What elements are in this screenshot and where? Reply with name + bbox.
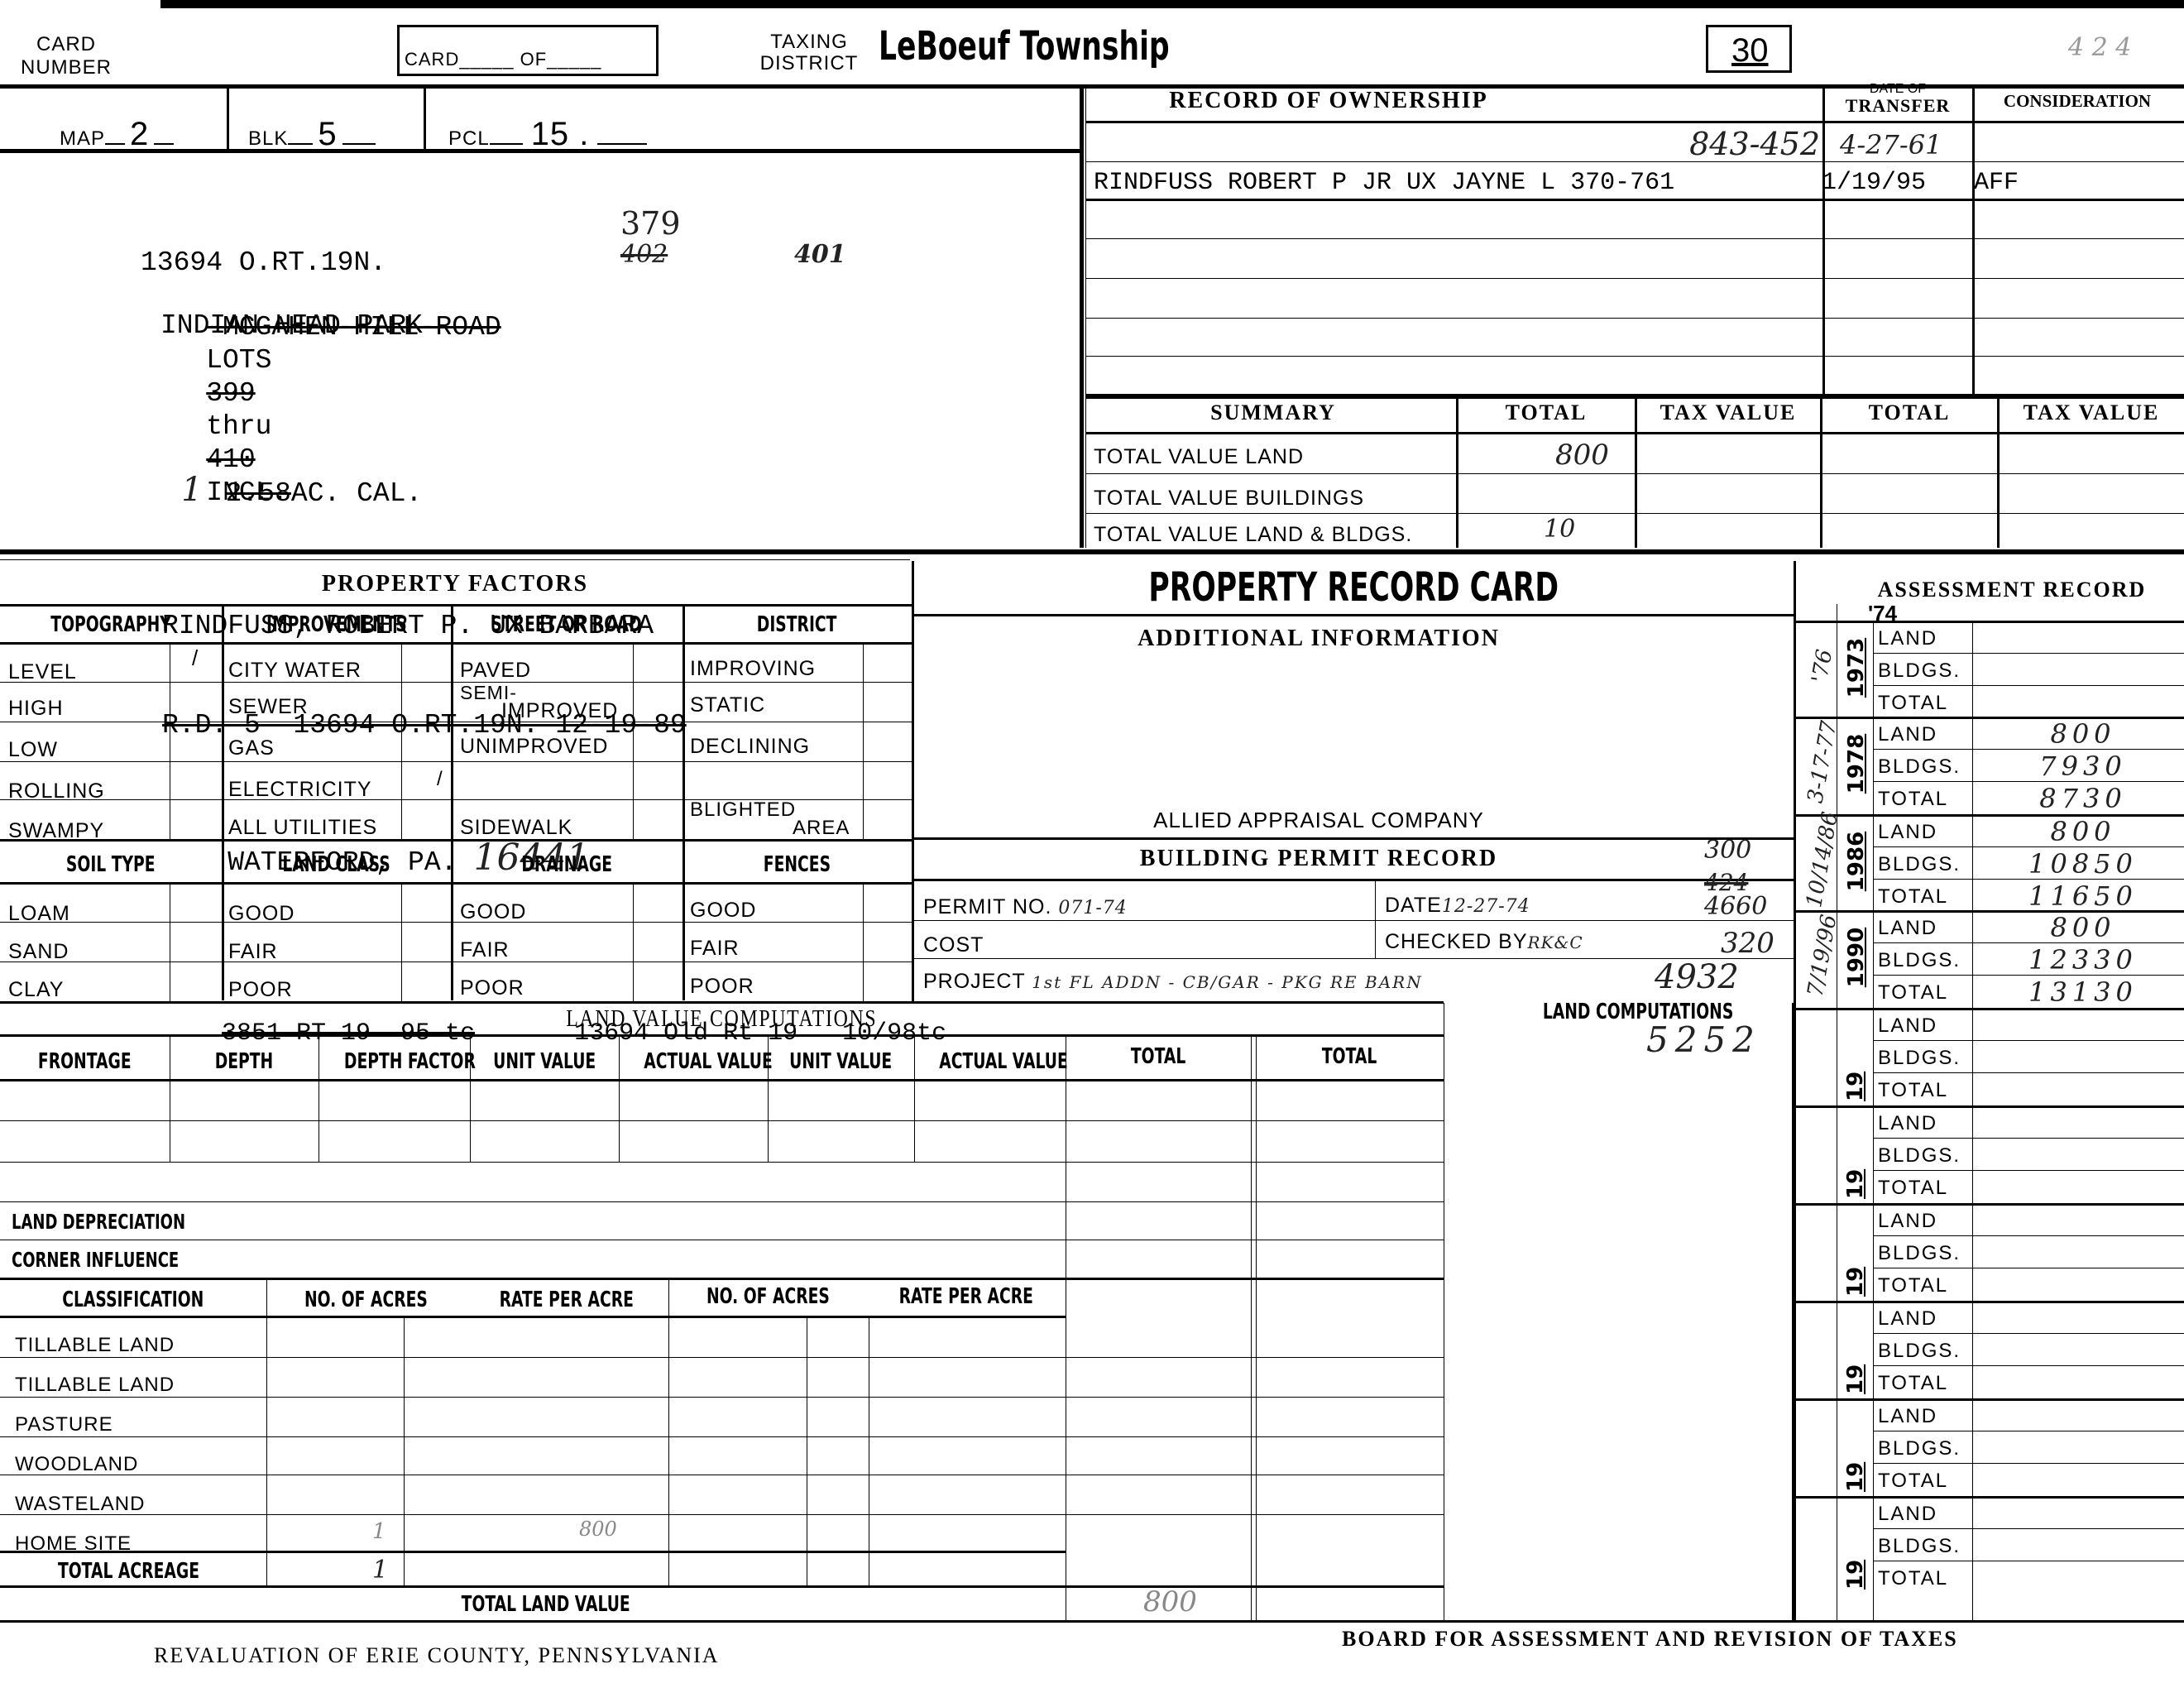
class-bottom-line	[0, 1585, 1444, 1588]
assessment-row-label-bldgs: BLDGS.	[1878, 1144, 1961, 1168]
permit-note-4: 320	[1721, 927, 1774, 960]
ownership-row-line	[1085, 278, 2184, 279]
lv-row-line	[0, 1240, 1444, 1240]
summary-col-tax-2: TAX VALUE	[1999, 400, 2184, 425]
pf-improvements-all-utilities[interactable]: ALL UTILITIES	[228, 816, 377, 840]
total-land-value-label: TOTAL LAND VALUE	[248, 1592, 844, 1617]
assessment-value-land[interactable]: 800	[1992, 912, 2174, 943]
pf-col-divider	[451, 605, 453, 1000]
pf-street-paved[interactable]: PAVED	[460, 659, 531, 683]
pcl-value: 15 .	[531, 116, 590, 152]
assessment-row-line	[1873, 1431, 2184, 1431]
class-col-divider	[668, 1279, 669, 1585]
assessment-row-line	[1873, 942, 2184, 943]
assessment-row-line	[1873, 1170, 2184, 1171]
summary-row-land: TOTAL VALUE LAND	[1094, 445, 1304, 469]
assessment-row-label-total: TOTAL	[1878, 981, 1948, 1005]
pf-check-col	[633, 642, 634, 839]
lv-col-depth: DEPTH	[170, 1049, 318, 1074]
pf-topography-low[interactable]: LOW	[8, 738, 58, 762]
pf-topography-high[interactable]: HIGH	[8, 697, 64, 721]
pf-group-improvements: IMPROVEMENTS	[222, 612, 451, 637]
assessment-value-total[interactable]: 11650	[1992, 880, 2174, 912]
corner-note: 4 2 4	[2068, 33, 2131, 62]
lot-from-new: 379	[620, 207, 681, 240]
acreage-new: 1	[181, 471, 202, 509]
permit-note-3: 4660	[1704, 892, 1767, 921]
property-factors-title: PROPERTY FACTORS	[0, 571, 910, 597]
assessment-row-label-land: LAND	[1878, 917, 1937, 940]
ownership-row-line	[1085, 356, 2184, 357]
assessment-row-line	[1873, 1235, 2184, 1236]
assessment-row-line	[1873, 1561, 2184, 1561]
pf-check-col	[863, 882, 864, 1001]
pf-district-blighted-area[interactable]: BLIGHTEDAREA	[690, 801, 850, 837]
pf-drainage-poor[interactable]: POOR	[460, 976, 524, 1000]
summary-land-total: 800	[1555, 439, 1609, 472]
assessment-row-label-bldgs: BLDGS.	[1878, 1437, 1961, 1460]
class-col-divider	[807, 1316, 807, 1585]
top-black-bar	[160, 0, 2184, 8]
pf-bottom-group-line	[0, 882, 912, 885]
pf-group-street: STREET OR ROAD	[451, 612, 682, 637]
ownership-row-line	[1085, 238, 2184, 239]
pf-street-unimproved[interactable]: UNIMPROVED	[460, 735, 608, 759]
ownership-row-line	[1085, 199, 2184, 201]
acreage-line: 12.58AC. CAL.	[116, 440, 946, 544]
assessment-side-note: '76	[1801, 611, 1844, 721]
assessment-row-label-total: TOTAL	[1878, 1177, 1948, 1200]
summary-row-land-bldgs: TOTAL VALUE LAND & BLDGS.	[1094, 523, 1412, 547]
assessment-year: 19	[1842, 1561, 1870, 1590]
permit-note-1: 300	[1704, 836, 1751, 865]
class-row-line	[0, 1357, 1444, 1358]
pf-soil-loam[interactable]: LOAM	[8, 902, 70, 926]
upper-section-bottom	[0, 549, 2184, 554]
assessment-row-label-land: LAND	[1878, 1210, 1937, 1233]
pf-title-bottom	[0, 604, 912, 607]
assessment-row-label-bldgs: BLDGS.	[1878, 1535, 1961, 1558]
assessment-year: 19	[1842, 1366, 1870, 1394]
consideration-label: CONSIDERATION	[1974, 91, 2181, 112]
assessment-row-label-total: TOTAL	[1878, 692, 1948, 715]
assessment-title: ASSESSMENT RECORD	[1840, 578, 2184, 602]
pf-row-line	[0, 682, 912, 683]
pf-topography-rolling[interactable]: ROLLING	[8, 779, 105, 803]
lv-col-unit-value-2: UNIT VALUE	[768, 1049, 914, 1074]
record-card-title-bottom	[913, 614, 1794, 616]
pf-row-line	[0, 722, 912, 722]
lv-col-depth-factor: DEPTH FACTOR	[318, 1049, 470, 1074]
map-field[interactable]: MAP2	[60, 116, 174, 153]
assessment-row-line	[1873, 1072, 2184, 1073]
pf-check-col	[401, 642, 402, 839]
assessment-row-label-total: TOTAL	[1878, 1567, 1948, 1590]
footer-right: BOARD FOR ASSESSMENT AND REVISION OF TAX…	[1342, 1627, 1958, 1652]
assessment-period: 1973'76'74LANDBLDGS.TOTAL	[1794, 621, 2184, 717]
lot-from-note-struck: 402	[620, 238, 668, 271]
pf-check-col	[170, 882, 170, 1001]
ownership-row-line	[1085, 161, 2184, 162]
assessment-row-line	[1873, 749, 2184, 750]
permit-note-5: 4932	[1655, 958, 1739, 996]
lv-col-divider	[1256, 1036, 1257, 1620]
pf-group-soil: SOIL TYPE	[0, 852, 222, 877]
pf-soil-sand[interactable]: SAND	[8, 940, 69, 964]
pf-district-improving[interactable]: IMPROVING	[690, 657, 816, 681]
blk-value: 5	[318, 116, 337, 152]
class-col-rate-1: RATE PER ACRE	[465, 1288, 668, 1312]
assessment-row-line	[1873, 975, 2184, 976]
assessment-period: 19907/19/96LAND800BLDGS.12330TOTAL13130	[1794, 910, 2184, 1007]
assessment-side-note: 7/19/96	[1801, 900, 1844, 1010]
assessment-row-label-bldgs: BLDGS.	[1878, 1047, 1961, 1070]
lot-to-new: 401	[794, 238, 846, 271]
date-transfer-label: DATE OF TRANSFER	[1827, 81, 1969, 114]
summary-row-line	[1085, 473, 2184, 474]
class-row-tillable-1: TILLABLE LAND	[15, 1334, 175, 1357]
assessment-row-label-total: TOTAL	[1878, 1372, 1948, 1395]
assessment-period-divider	[1794, 1301, 2184, 1303]
class-header-bottom	[0, 1316, 1066, 1318]
assessment-row-label-land: LAND	[1878, 1405, 1937, 1428]
assessment-row-line	[1873, 653, 2184, 654]
class-col-divider	[404, 1316, 405, 1585]
assessment-row-label-land: LAND	[1878, 723, 1937, 746]
assessment-period: 19LANDBLDGS.TOTAL	[1794, 1398, 2184, 1495]
land-comp-left-border	[1444, 1003, 1444, 1620]
home-site-rate: 800	[579, 1518, 617, 1541]
assessment-row-label-bldgs: BLDGS.	[1878, 659, 1961, 683]
pcl-field[interactable]: PCL15 .	[448, 116, 647, 153]
assessment-value-bldgs[interactable]: 12330	[1992, 944, 2174, 976]
lv-col-divider	[1251, 1036, 1252, 1620]
assessment-year: 19	[1842, 1073, 1870, 1101]
lv-col-divider	[1066, 1036, 1066, 1620]
land-computations-value: 5252	[1646, 1019, 1761, 1060]
pf-drainage-fair[interactable]: FAIR	[460, 938, 510, 962]
assessment-year-note: '74	[1868, 601, 1897, 626]
pf-group-land-class: LAND CLASS	[222, 852, 451, 877]
parcel-bottom-line	[0, 149, 1080, 153]
assessment-period: 19LANDBLDGS.TOTAL	[1794, 1203, 2184, 1300]
pf-group-drainage: DRAINAGE	[451, 852, 682, 877]
assessment-period: 19LANDBLDGS.TOTAL	[1794, 1105, 2184, 1202]
assessment-row-line	[1873, 1365, 2184, 1366]
pf-row-line	[0, 961, 912, 962]
pf-check-col	[633, 882, 634, 1001]
pf-check-col	[863, 642, 864, 839]
pf-improvements-electricity[interactable]: ELECTRICITY	[228, 778, 372, 802]
total-acreage-value: 1	[372, 1556, 388, 1585]
assessment-row-line	[1873, 1040, 2184, 1041]
lv-col-actual-value-1: ACTUAL VALUE	[619, 1049, 768, 1074]
pf-group-fences: FENCES	[682, 852, 912, 877]
assessment-row-line	[1873, 1268, 2184, 1268]
pf-check-col	[170, 642, 170, 839]
assessment-row-label-bldgs: BLDGS.	[1878, 1340, 1961, 1363]
parcel-divider-2	[424, 86, 426, 151]
lv-class-header-top	[0, 1278, 1444, 1280]
assessment-year: 1986	[1842, 820, 1870, 903]
summary-col-tax-1: TAX VALUE	[1636, 400, 1820, 425]
summary-col-total-2: TOTAL	[1822, 400, 1997, 425]
lv-col-actual-value-2: ACTUAL VALUE	[914, 1049, 1066, 1074]
card-of-box[interactable]: CARD_____ OF_____	[397, 25, 659, 76]
permit-cost-field[interactable]: COST	[923, 933, 984, 957]
map-value: 2	[130, 116, 149, 152]
assessment-year: 19	[1842, 1171, 1870, 1199]
assessment-year: 19	[1842, 1464, 1870, 1492]
upper-section-bottom-2	[0, 559, 910, 560]
assessment-row-line	[1873, 879, 2184, 880]
class-col-acres-1: NO. OF ACRES	[266, 1288, 465, 1312]
assessment-side-note: 3-17-77	[1801, 707, 1844, 817]
assessment-value-bldgs[interactable]: 7930	[1992, 750, 2174, 782]
district-code: 30	[1731, 32, 1769, 70]
record-card-title: PROPERTY RECORD CARD	[913, 564, 1794, 611]
class-row-tillable-2: TILLABLE LAND	[15, 1374, 175, 1397]
assessment-year: 19	[1842, 1268, 1870, 1297]
assessment-row-label-total: TOTAL	[1878, 1470, 1948, 1493]
card-of-label: CARD_____ OF_____	[405, 49, 601, 70]
assessment-row-line	[1873, 846, 2184, 847]
pf-soil-clay[interactable]: CLAY	[8, 978, 64, 1002]
pf-district-declining[interactable]: DECLINING	[690, 735, 810, 759]
pf-top-section-bottom	[0, 839, 912, 842]
pf-group-bottom	[0, 642, 912, 645]
class-row-woodland: WOODLAND	[15, 1453, 138, 1476]
assessment-row-label-land: LAND	[1878, 1014, 1937, 1038]
assessment-value-land[interactable]: 800	[1992, 718, 2174, 750]
assessment-row-line	[1873, 1463, 2184, 1464]
assessment-row-label-bldgs: BLDGS.	[1878, 853, 1961, 876]
assessment-row-line	[1873, 781, 2184, 782]
district-code-box: 30	[1706, 25, 1792, 73]
assessment-period: 19LANDBLDGS.TOTAL	[1794, 1301, 2184, 1398]
permit-title: BUILDING PERMIT RECORD	[913, 846, 1724, 872]
total-acreage-label: TOTAL ACREAGE	[58, 1559, 255, 1584]
pf-land-class-poor[interactable]: POOR	[228, 978, 293, 1002]
allied-appraisal-company: ALLIED APPRAISAL COMPANY	[913, 808, 1724, 833]
lv-col-total-1: TOTAL	[1066, 1044, 1251, 1069]
lv-row-line	[0, 1120, 1444, 1121]
pf-group-district: DISTRICT	[682, 612, 912, 637]
class-row-pasture: PASTURE	[15, 1413, 113, 1436]
assessment-year: 1973	[1842, 626, 1870, 709]
assessment-row-label-bldgs: BLDGS.	[1878, 1242, 1961, 1265]
assessment-row-label-bldgs: BLDGS.	[1878, 949, 1961, 972]
ownership-row-line	[1085, 318, 2184, 319]
summary-col-total-1: TOTAL	[1458, 400, 1635, 425]
pf-col-divider	[222, 605, 224, 1000]
assessment-period: 19LANDBLDGS.TOTAL	[1794, 1496, 2184, 1593]
assessment-value-bldgs[interactable]: 10850	[1992, 848, 2174, 880]
assessment-bottom	[1794, 1620, 2184, 1623]
class-col-divider	[869, 1316, 869, 1585]
lv-header-bottom	[0, 1079, 1444, 1081]
permit-title-bottom	[913, 879, 1794, 881]
land-value-title: LAND VALUE COMPUTATIONS	[0, 1006, 1444, 1033]
class-total-line	[0, 1551, 1066, 1553]
assessment-row-line	[1873, 1333, 2184, 1334]
ownership-row[interactable]: RINDFUSS ROBERT P JR UX JAYNE L 370-761 …	[1094, 165, 2184, 202]
permit-checked-by-field[interactable]: CHECKED BYRK&C	[1385, 930, 1583, 954]
pf-row-line	[0, 922, 912, 923]
pf-fences-poor[interactable]: POOR	[690, 975, 754, 999]
class-row-wasteland: WASTELAND	[15, 1493, 145, 1516]
permit-col-divider	[1375, 880, 1376, 958]
assessment-value-land[interactable]: 800	[1992, 816, 2174, 847]
assessment-value-total[interactable]: 8730	[1992, 783, 2174, 814]
assessment-row-line	[1873, 685, 2184, 686]
pf-land-class-fair[interactable]: FAIR	[228, 940, 278, 964]
class-col-acres-2: NO. OF ACRES	[668, 1284, 867, 1309]
additional-info-bottom	[913, 837, 1794, 840]
assessment-period: 19783-17-77LAND800BLDGS.7930TOTAL8730	[1794, 717, 2184, 813]
summary-title: SUMMARY	[1089, 400, 1458, 425]
class-row-line	[0, 1397, 1444, 1398]
pf-street-sidewalk[interactable]: SIDEWALK	[460, 816, 572, 840]
class-row-line	[0, 1514, 1444, 1515]
assessment-row-label-land: LAND	[1878, 1112, 1937, 1135]
blk-field[interactable]: BLK5	[248, 116, 376, 153]
assessment-year: 1990	[1842, 916, 1870, 999]
assessment-period: 198610/14/86LAND800BLDGS.10850TOTAL11650	[1794, 814, 2184, 911]
class-col-classification: CLASSIFICATION	[0, 1288, 266, 1312]
pf-group-topography: TOPOGRAPHY	[0, 612, 222, 637]
lv-col-unit-value-1: UNIT VALUE	[470, 1049, 619, 1074]
assessment-row-label-land: LAND	[1878, 627, 1937, 650]
assessment-period-divider	[1794, 1203, 2184, 1206]
land-depreciation-label: LAND DEPRECIATION	[12, 1210, 253, 1234]
summary-row-line	[1085, 513, 2184, 514]
lv-col-total-2: TOTAL	[1256, 1044, 1444, 1069]
card-number-label: CARD NUMBER	[17, 33, 116, 79]
pf-bottom	[0, 1001, 1444, 1004]
pf-row-line	[0, 761, 912, 762]
summary-land-bldgs-total: 10	[1544, 515, 1575, 544]
assessment-row-label-total: TOTAL	[1878, 885, 1948, 909]
assessment-period-divider	[1794, 1496, 2184, 1499]
permit-date-field[interactable]: DATE12-27-74	[1385, 894, 1530, 918]
pf-district-static[interactable]: STATIC	[690, 693, 765, 717]
corner-influence-label: CORNER INFLUENCE	[12, 1248, 244, 1272]
taxing-district-label: TAXING DISTRICT	[751, 31, 867, 74]
main-vertical-divider-2	[1085, 84, 1086, 548]
assessment-period-divider	[1794, 1398, 2184, 1401]
class-row-line	[0, 1475, 1444, 1475]
assessment-row-label-total: TOTAL	[1878, 1274, 1948, 1297]
main-vertical-divider	[1080, 84, 1084, 548]
pf-fences-good[interactable]: GOOD	[690, 899, 756, 923]
footer-left: REVALUATION OF ERIE COUNTY, PENNSYLVANIA	[154, 1643, 720, 1668]
assessment-row-label-land: LAND	[1878, 821, 1937, 844]
pf-topography-level[interactable]: LEVEL	[8, 660, 77, 684]
pf-improvements-sewer[interactable]: SEWER	[228, 695, 309, 719]
pf-fences-fair[interactable]: FAIR	[690, 937, 740, 961]
desc-line-3: INDIAN HEAD PARK	[160, 309, 423, 343]
desc-line-1: 13694 O.RT.19N.	[141, 247, 386, 280]
summary-header-bottom	[1085, 432, 2184, 434]
taxing-district-value: LeBoeuf Township	[879, 23, 1282, 73]
pf-improvements-gas[interactable]: GAS	[228, 736, 275, 760]
pf-level-check-mark: /	[192, 645, 198, 671]
assessment-period: 19LANDBLDGS.TOTAL	[1794, 1008, 2184, 1105]
assessment-row-label-land: LAND	[1878, 1307, 1937, 1331]
pf-check-col	[401, 882, 402, 1001]
assessment-side-note: 10/14/86	[1801, 804, 1844, 914]
pf-electricity-check-mark: /	[437, 768, 443, 791]
class-col-rate-2: RATE PER ACRE	[867, 1284, 1066, 1309]
permit-project-field[interactable]: PROJECT 1st FL ADDN - CB/GAR - PKG RE BA…	[923, 970, 1423, 994]
parcel-divider-1	[227, 86, 229, 151]
assessment-row-label-land: LAND	[1878, 1503, 1937, 1526]
class-row-line	[0, 1436, 1444, 1437]
permit-no-field[interactable]: PERMIT NO. 071-74	[923, 895, 1128, 919]
permit-row-line	[913, 920, 1794, 921]
pf-col-divider	[682, 605, 685, 1000]
pf-land-class-good[interactable]: GOOD	[228, 902, 295, 926]
assessment-row-line	[1873, 1138, 2184, 1139]
lv-row-line	[0, 1201, 1444, 1202]
assessment-period-divider	[1794, 621, 2184, 623]
lv-col-frontage: FRONTAGE	[0, 1049, 170, 1074]
ownership-row[interactable]: 843-452 4-27-61	[1087, 122, 2184, 161]
pf-drainage-good[interactable]: GOOD	[460, 900, 526, 924]
assessment-year: 1978	[1842, 722, 1870, 805]
total-land-value: 800	[1143, 1585, 1197, 1618]
pf-street-semi-improved[interactable]: SEMI-IMPROVED	[460, 683, 618, 720]
pf-improvements-city-water[interactable]: CITY WATER	[228, 659, 362, 683]
assessment-period-divider	[1794, 1105, 2184, 1108]
lv-header-top	[0, 1034, 1444, 1037]
assessment-row-label-total: TOTAL	[1878, 788, 1948, 811]
assessment-row-label-bldgs: BLDGS.	[1878, 755, 1961, 779]
additional-info-title: ADDITIONAL INFORMATION	[913, 626, 1724, 652]
class-col-divider	[266, 1279, 267, 1585]
lv-row-line	[0, 1162, 1444, 1163]
assessment-row-label-total: TOTAL	[1878, 1079, 1948, 1102]
home-site-acres: 1	[372, 1519, 386, 1544]
assessment-row-line	[1873, 1528, 2184, 1529]
ownership-title: RECORD OF OWNERSHIP	[1089, 88, 1569, 114]
assessment-period-divider	[1794, 1008, 2184, 1010]
assessment-value-total[interactable]: 13130	[1992, 976, 2174, 1008]
summary-row-buildings: TOTAL VALUE BUILDINGS	[1094, 487, 1364, 511]
